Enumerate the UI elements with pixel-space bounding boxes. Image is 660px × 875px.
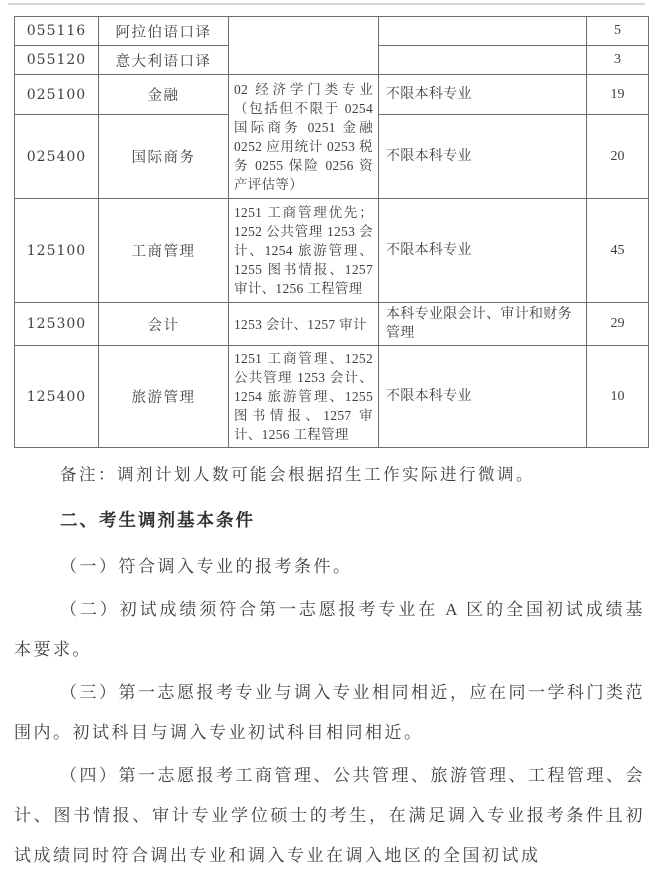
restriction-cell: 不限本科专业 (379, 75, 587, 115)
document-page: 055116 阿拉伯语口译 5 055120 意大利语口译 3 025100 金… (0, 3, 660, 875)
table-row: 055116 阿拉伯语口译 5 (15, 17, 649, 46)
major-name-cell: 意大利语口译 (99, 46, 229, 75)
adjustment-plan-table: 055116 阿拉伯语口译 5 055120 意大利语口译 3 025100 金… (14, 16, 649, 448)
major-name-cell: 旅游管理 (99, 346, 229, 448)
restriction-cell: 不限本科专业 (379, 199, 587, 303)
count-cell: 10 (587, 346, 649, 448)
major-name-cell: 金融 (99, 75, 229, 115)
table-row: 025100 金融 02 经济学门类专业（包括但不限于 0254 国际商务 02… (15, 75, 649, 115)
condition-paragraph-2: （二）初试成绩须符合第一志愿报考专业在 A 区的全国初试成绩基本要求。 (14, 590, 645, 670)
condition-paragraph-1: （一）符合调入专业的报考条件。 (14, 547, 645, 587)
scope-cell: 1251 工商管理优先；1252 公共管理 1253 会计、1254 旅游管理、… (229, 199, 379, 303)
table-row: 125100 工商管理 1251 工商管理优先；1252 公共管理 1253 会… (15, 199, 649, 303)
major-name-cell: 国际商务 (99, 115, 229, 199)
restriction-cell (379, 46, 587, 75)
major-code-cell: 125400 (15, 346, 99, 448)
restriction-cell: 本科专业限会计、审计和财务管理 (379, 303, 587, 346)
major-code-cell: 125300 (15, 303, 99, 346)
count-cell: 29 (587, 303, 649, 346)
restriction-cell (379, 17, 587, 46)
table-row: 125400 旅游管理 1251 工商管理、1252 公共管理 1253 会计、… (15, 346, 649, 448)
count-cell: 20 (587, 115, 649, 199)
count-cell: 45 (587, 199, 649, 303)
condition-paragraph-4: （四）第一志愿报考工商管理、公共管理、旅游管理、工程管理、会计、图书情报、审计专… (14, 756, 645, 875)
scope-cell: 1253 会计、1257 审计 (229, 303, 379, 346)
major-code-cell: 055116 (15, 17, 99, 46)
count-cell: 3 (587, 46, 649, 75)
restriction-cell: 不限本科专业 (379, 115, 587, 199)
restriction-cell: 不限本科专业 (379, 346, 587, 448)
major-code-cell: 125100 (15, 199, 99, 303)
conditions-text: （一）符合调入专业的报考条件。 （二）初试成绩须符合第一志愿报考专业在 A 区的… (14, 547, 645, 875)
table-row: 125300 会计 1253 会计、1257 审计 本科专业限会计、审计和财务管… (15, 303, 649, 346)
major-name-cell: 会计 (99, 303, 229, 346)
scope-cell: 02 经济学门类专业（包括但不限于 0254 国际商务 0251 金融 0252… (229, 75, 379, 199)
scope-cell: 1251 工商管理、1252 公共管理 1253 会计、1254 旅游管理、12… (229, 346, 379, 448)
cropped-top-border (8, 3, 645, 5)
count-cell: 19 (587, 75, 649, 115)
major-code-cell: 025400 (15, 115, 99, 199)
section-heading: 二、考生调剂基本条件 (14, 505, 645, 535)
major-name-cell: 工商管理 (99, 199, 229, 303)
count-cell: 5 (587, 17, 649, 46)
major-code-cell: 055120 (15, 46, 99, 75)
major-code-cell: 025100 (15, 75, 99, 115)
condition-paragraph-3: （三）第一志愿报考专业与调入专业相同相近，应在同一学科门类范围内。初试科目与调入… (14, 673, 645, 753)
scope-cell (229, 17, 379, 75)
table-note: 备注：调剂计划人数可能会根据招生工作实际进行微调。 (14, 461, 645, 489)
major-name-cell: 阿拉伯语口译 (99, 17, 229, 46)
